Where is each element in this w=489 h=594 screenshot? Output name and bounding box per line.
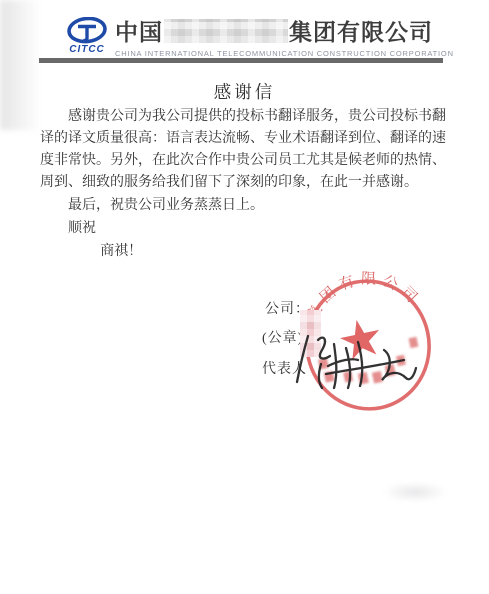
letter-body: 感谢贵公司为我公司提供的投标书翻译服务，贵公司投标书翻译的译文质量很高：语言表达…: [40, 106, 446, 263]
company-name-cn: 中国 集团有限公司: [115, 14, 454, 47]
closing-line: 最后，祝贵公司业务蒸蒸日上。: [40, 194, 446, 217]
scan-smudge: [383, 482, 447, 502]
company-name-en: CHINA INTERNATIONAL TELECOMMUNICATION CO…: [115, 49, 454, 58]
company-name-block: 中国 集团有限公司 CHINA INTERNATIONAL TELECOMMUN…: [115, 14, 454, 58]
letterhead-divider: [39, 58, 443, 63]
letter-title: 感谢信: [0, 79, 489, 104]
body-paragraph: 感谢贵公司为我公司提供的投标书翻译服务，贵公司投标书翻译的译文质量很高：语言表达…: [40, 106, 446, 194]
logo-acronym: CITCC: [69, 44, 105, 55]
censored-mosaic-company-name: [164, 19, 288, 43]
company-name-cn-suffix: 集团有限公司: [289, 14, 433, 47]
letterhead: CITCC 中国 集团有限公司 CHINA INTERNATIONAL TELE…: [66, 14, 458, 58]
signature-handwriting: [288, 330, 433, 400]
citcc-logo-icon: [66, 17, 108, 45]
company-name-cn-prefix: 中国: [115, 14, 163, 47]
wish-prefix: 顺祝: [40, 217, 446, 240]
company-logo: CITCC: [66, 17, 108, 55]
wish-word: 商祺！: [40, 240, 446, 263]
letter-page: CITCC 中国 集团有限公司 CHINA INTERNATIONAL TELE…: [0, 0, 489, 594]
